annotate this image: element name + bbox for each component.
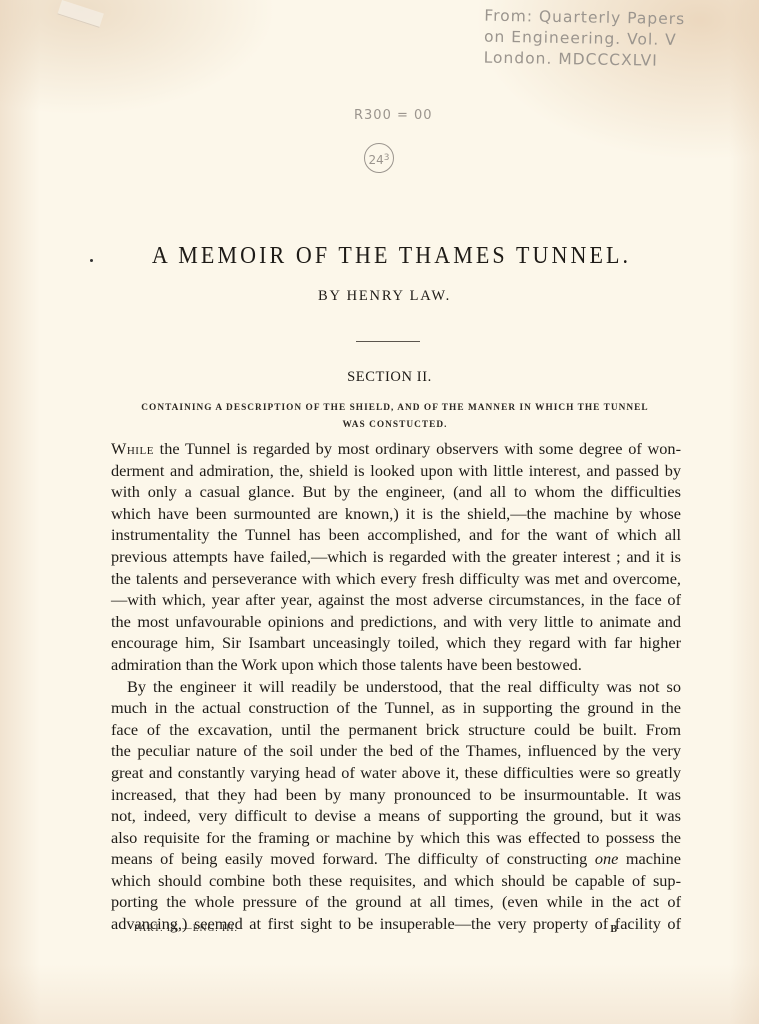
text-line: great and constantly varying head of wat… xyxy=(111,762,681,784)
text-line: While the Tunnel is regarded by most ord… xyxy=(111,438,681,460)
text-line: much in the actual construction of the T… xyxy=(111,697,681,719)
document-author: BY HENRY LAW. xyxy=(0,288,759,305)
handwritten-price-note: R300 = 00 xyxy=(354,108,433,123)
text-line: not, indeed, very difficult to devise a … xyxy=(111,805,681,827)
text-line: derment and admiration, the, shield is l… xyxy=(111,460,681,482)
dropcap-word: While xyxy=(111,439,154,458)
text-line: admiration than the Work upon which thos… xyxy=(111,654,681,676)
text-line: By the engineer it will readily be under… xyxy=(111,676,681,698)
text-line: with only a casual glance. But by the en… xyxy=(111,481,681,503)
text-line: increased, that they had been by many pr… xyxy=(111,784,681,806)
signature-mark: B xyxy=(610,924,618,935)
text-line: previous attempts have failed,—which is … xyxy=(111,546,681,568)
paper-corner-tear xyxy=(57,0,103,28)
text-line: also requisite for the framing or machin… xyxy=(111,827,681,849)
text-line: the most unfavourable opinions and predi… xyxy=(111,611,681,633)
section-subtitle-line: CONTAINING A DESCRIPTION OF THE SHIELD, … xyxy=(110,400,680,417)
text-line: which should combine both these requisit… xyxy=(111,870,681,892)
text-line: which have been surmounted are known,) i… xyxy=(111,503,681,525)
provenance-line: London. MDCCCXLVI xyxy=(483,48,753,74)
handwritten-catalog-number: 243 xyxy=(364,143,394,173)
paragraph-2: By the engineer it will readily be under… xyxy=(111,676,681,935)
text-line: means of being easily moved forward. The… xyxy=(111,848,681,870)
catalog-number-sup: 3 xyxy=(384,153,390,163)
text-line: instrumentality the Tunnel has been acco… xyxy=(111,524,681,546)
catalog-number-main: 24 xyxy=(368,153,383,167)
paragraph-1: While the Tunnel is regarded by most ord… xyxy=(111,438,681,676)
page-footer: PART. IX.—ENG. III. B xyxy=(134,924,618,935)
section-subtitle-line: WAS CONSTUCTED. xyxy=(110,417,680,434)
body-text: While the Tunnel is regarded by most ord… xyxy=(111,438,681,935)
text-line: the talents and perseverance with which … xyxy=(111,568,681,590)
footer-part-label: PART. IX.—ENG. III. xyxy=(134,924,238,935)
section-subtitle: CONTAINING A DESCRIPTION OF THE SHIELD, … xyxy=(110,400,680,434)
section-heading: SECTION II. xyxy=(0,369,759,386)
italic-emphasis: one xyxy=(595,849,619,868)
text-line: face of the excavation, until the perman… xyxy=(111,719,681,741)
text-line: —with which, year after year, against th… xyxy=(111,589,681,611)
title-divider-rule xyxy=(356,341,420,342)
document-title: A MEMOIR OF THE THAMES TUNNEL. xyxy=(0,240,759,269)
text-line: porting the whole pressure of the ground… xyxy=(111,891,681,913)
handwritten-provenance-note: From: Quarterly Papers on Engineering. V… xyxy=(483,6,754,74)
text-line: the peculiar nature of the soil under th… xyxy=(111,740,681,762)
text-line: encourage him, Sir Isambart unceasingly … xyxy=(111,632,681,654)
scanned-page: From: Quarterly Papers on Engineering. V… xyxy=(0,0,759,1024)
